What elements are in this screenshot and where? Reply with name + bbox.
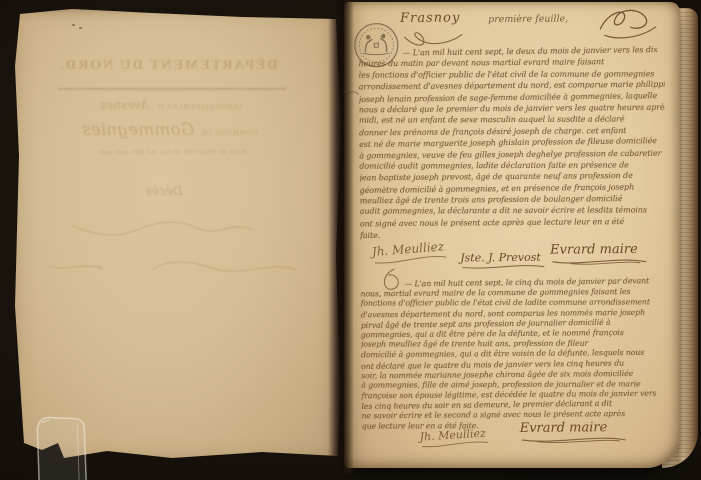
act2-signature-evrard: Evrard maire	[520, 420, 630, 444]
showthrough-commune-value: Gommegnies	[82, 120, 194, 140]
act2-signature-meulliez: Jh. Meulliez	[419, 426, 490, 449]
sheet-note: première feuille,	[488, 14, 568, 26]
signature-flourish	[520, 433, 630, 444]
left-page: DÉPARTEMENT DU NORD. ARRONDISSEMENT D' A…	[12, 6, 342, 462]
header-place-word: Frasnoy	[400, 10, 460, 26]
act2-text: — L'an mil huit cent sept, le cinq du mo…	[360, 277, 667, 432]
book-gutter-shadow	[328, 0, 354, 474]
manuscript-line: faite.	[360, 226, 666, 241]
showthrough-script-flourish	[67, 218, 257, 242]
right-page-content: Frasnoy première feuille, — L'an mil hui…	[342, 1, 682, 470]
right-page: Frasnoy première feuille, — L'an mil hui…	[344, 2, 680, 468]
showthrough-rule	[58, 88, 286, 90]
showthrough-arrondissement-value: Avesnes	[100, 98, 149, 112]
showthrough-register-line: Actes de l'état civil de l'an mil huit c…	[52, 148, 292, 156]
plexiglass-stand-icon	[31, 411, 95, 480]
signature-flourish	[460, 262, 546, 271]
showthrough-signature-flourish	[42, 256, 302, 282]
showthrough-arrondissement: ARRONDISSEMENT D' Avesnes	[52, 98, 292, 112]
register-photo-scene: DÉPARTEMENT DU NORD. ARRONDISSEMENT D' A…	[0, 0, 701, 480]
ink-speck	[72, 24, 75, 26]
showthrough-commune-label: COMMUNE DE	[200, 129, 258, 137]
showthrough-department-title: DÉPARTEMENT DU NORD.	[52, 58, 284, 74]
act1-signature-prevost: Jste. J. Prevost	[460, 251, 546, 271]
act1-signature-evrard: Evrard maire	[550, 242, 650, 266]
act1-text: — L'an mil huit cent sept, le deux du mo…	[358, 45, 666, 241]
signature-flourish	[550, 255, 650, 266]
showthrough-arrondissement-label: ARRONDISSEMENT D'	[155, 103, 244, 111]
showthrough-commune: COMMUNE DE Gommegnies	[42, 120, 298, 140]
paraph-flourish-icon	[594, 5, 664, 42]
ink-speck	[79, 27, 82, 29]
act1-signature-meulliez: Jh. Meulliez	[371, 239, 450, 267]
showthrough-category-word: Décès	[104, 184, 224, 198]
